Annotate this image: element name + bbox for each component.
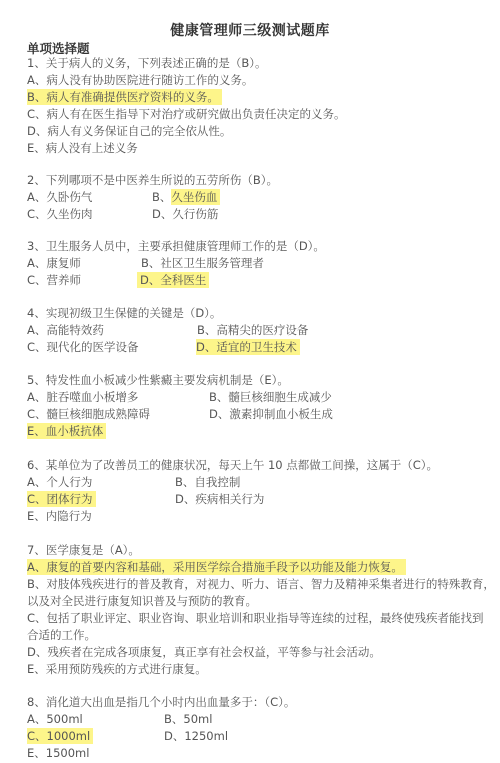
- question-3-option-d-correct: D、全科医生: [137, 272, 209, 288]
- question-5-option-a: A、脏吞噬血小板增多: [27, 389, 138, 405]
- question-7-option-a-correct: A、康复的首要内容和基础，采用医学综合措施手段予以功能及能力恢复。: [27, 559, 406, 575]
- question-2-option-c: C、久坐伤肉: [27, 206, 93, 222]
- question-4-option-b: B、高精尖的医疗设备: [197, 322, 308, 338]
- question-1-option-b-correct: B、病人有准确提供医疗资料的义务。: [27, 89, 222, 105]
- question-4-option-a: A、高能特效药: [27, 322, 104, 338]
- document-title: 健康管理师三级测试题库: [0, 20, 500, 40]
- question-7-option-d: D、残疾者在完成各项康复，真正享有社会权益，平等参与社会活动。: [27, 644, 381, 660]
- question-1-option-a: A、病人没有协助医院进行随访工作的义务。: [27, 72, 253, 88]
- question-2-option-b-label: B、: [152, 190, 171, 204]
- question-1-option-c: C、病人有在医生指导下对治疗或研究做出负责任决定的义务。: [27, 106, 346, 122]
- question-2-option-a: A、久卧伤气: [27, 189, 92, 205]
- question-2-option-b-correct: 久坐伤血: [171, 189, 220, 205]
- question-8-option-b: B、50ml: [164, 711, 212, 727]
- question-7-option-c-line2: 合适的工作。: [27, 627, 96, 643]
- question-8-option-e: E、1500ml: [27, 745, 89, 761]
- question-7-option-c-line1: C、包括了职业评定、职业咨询、职业培训和职业指导等连续的过程，最终使残疾者能找到: [27, 610, 484, 626]
- question-6-option-d: D、疾病相关行为: [175, 491, 264, 507]
- question-1-stem: 1、关于病人的义务，下列表述正确的是（B）。: [27, 55, 266, 71]
- document-page: 健康管理师三级测试题库 单项选择题 1、关于病人的义务，下列表述正确的是（B）。…: [0, 0, 500, 763]
- question-6-option-a: A、个人行为: [27, 474, 92, 490]
- question-1-option-d: D、病人有义务保证自己的完全依从性。: [27, 123, 231, 139]
- question-8-option-c-correct: C、1000ml: [27, 728, 93, 744]
- question-5-option-b: B、髓巨核细胞生成减少: [209, 389, 332, 405]
- question-8-stem: 8、消化道大出血是指几个小时内出血量多于：（C）。: [27, 694, 295, 710]
- question-7-option-e: E、采用预防残疾的方式进行康复。: [27, 661, 207, 677]
- question-7-option-b-line1: B、对肢体残疾进行的普及教育，对视力、听力、语言、智力及精神采集者进行的特殊教育…: [27, 576, 495, 592]
- question-7-stem: 7、医学康复是（A）。: [27, 542, 140, 558]
- question-3-option-b: B、社区卫生服务管理者: [141, 255, 264, 271]
- question-6-option-e: E、内隐行为: [27, 508, 92, 524]
- question-2-option-d: D、久行伤筋: [152, 206, 218, 222]
- question-6-stem: 6、某单位为了改善员工的健康状况，每天上午 10 点都做工间操，这属于（C）。: [27, 457, 438, 473]
- question-2-stem: 2、下列哪项不是中医养生所说的五劳所伤（B）。: [27, 172, 278, 188]
- question-5-option-e-correct: E、血小板抗体: [27, 423, 106, 439]
- question-1-option-e: E、病人没有上述义务: [27, 140, 138, 156]
- question-4-option-c: C、现代化的医学设备: [27, 339, 139, 355]
- question-6-option-c-correct: C、团体行为: [27, 491, 96, 507]
- question-4-stem: 4、实现初级卫生保健的关键是（D）。: [27, 305, 221, 321]
- question-8-option-d: D、1250ml: [164, 728, 228, 744]
- question-5-option-c: C、髓巨核细胞成熟障碍: [27, 406, 150, 422]
- question-7-option-b-line2: 以及对全民进行康复知识普及与预防的教育。: [27, 593, 257, 609]
- question-5-option-d: D、激素抑制血小板生成: [209, 406, 333, 422]
- question-3-option-c: C、营养师: [27, 272, 81, 288]
- question-4-option-d-correct: D、适宜的卫生技术: [196, 339, 300, 355]
- question-6-option-b: B、自我控制: [175, 474, 240, 490]
- question-3-stem: 3、卫生服务人员中，主要承担健康管理师工作的是（D）。: [27, 238, 325, 254]
- question-3-option-a: A、康复师: [27, 255, 81, 271]
- question-8-option-a: A、500ml: [27, 711, 83, 727]
- question-5-stem: 5、特发性血小板减少性紫癜主要发病机制是（E）。: [27, 372, 289, 388]
